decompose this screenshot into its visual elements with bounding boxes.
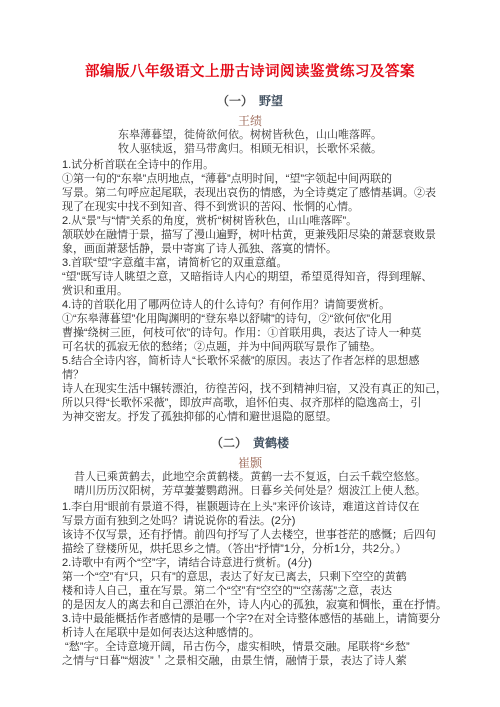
poem-text: 东皋薄暮望，徙倚欲何依。树树皆秋色，山山唯落晖。牧人驱犊返，猎马带禽归。相顾无相… (0, 128, 500, 156)
text-line: 牧人驱犊返，猎马带禽归。相顾无相识，长歌怀采薇。 (0, 142, 500, 156)
text-line: 该诗不仅写景，还有抒情。前四句抒写了人去楼空，世事苍茫的感慨；后四句 (62, 528, 444, 542)
question-answer-block: 1.试分析首联在全诗中的作用。①第一句的“东皋”点明地点，“薄暮”点明时间，“望… (62, 158, 444, 424)
text-line: 昔人已乘黄鹤去，此地空余黄鹤楼。黄鹤一去不复返，白云千载空悠悠。 (0, 470, 500, 484)
text-line: “愁”字。全诗意境开阔，吊古伤今，虚实相映，情景交融。尾联将“乡愁” (62, 640, 444, 654)
poem-author: 王绩 (0, 114, 500, 128)
text-line: 象，画面萧瑟恬静，景中寄寓了诗人孤独、落寞的情怀。 (62, 242, 444, 256)
text-line: ①“东皋薄暮望”化用陶渊明的“登东皋以舒啸”的诗句，②“欲何依”化用 (62, 312, 444, 326)
text-line: 第一个“空”有“只，只有”的意思，表达了好友已离去，只剩下空空的黄鹤 (62, 570, 444, 584)
text-line: 楼和诗人自己，重在写景。第二个“空”有“空空的”“空荡荡”之意，表达 (62, 584, 444, 598)
section-heading: （一）野望 (0, 94, 500, 108)
text-line: 之情与“日暮”“烟波”＇之景相交融，由景生情，融情于景，表达了诗人萦 (62, 654, 444, 668)
text-line: 4.诗的首联化用了哪两位诗人的什么诗句？有何作用？请简要赏析。 (62, 298, 444, 312)
text-line: “望”既写诗人眺望之意，又暗指诗人内心的期望，希望觅得知音，得到理解、 (62, 270, 444, 284)
text-line: 东皋薄暮望，徙倚欲何依。树树皆秋色，山山唯落晖。 (0, 128, 500, 142)
text-line: 可名状的孤寂无依的愁绪；②点题，并为中间两联写景作了铺垫。 (62, 340, 444, 354)
text-line: 现了在现实中找不到知音、得不到赏识的苦闷、怅惘的心情。 (62, 200, 444, 214)
text-line: 5.结合全诗内容，简析诗人“长歌怀采薇”的原因。表达了作者怎样的思想感 (62, 354, 444, 368)
document-title: 部编版八年级语文上册古诗词阅读鉴赏练习及答案 (0, 62, 500, 82)
text-line: 1.试分析首联在全诗中的作用。 (62, 158, 444, 172)
document-page: 部编版八年级语文上册古诗词阅读鉴赏练习及答案 （一）野望 王绩 东皋薄暮望，徙倚… (0, 0, 500, 707)
text-line: 2.从“景”与“情”关系的角度，赏析“树树皆秋色，山山唯落晖”。 (62, 214, 444, 228)
text-line: 所以只得“长歌怀采薇”，即放声高歌，追怀伯夷、叔齐那样的隐逸高士，引 (62, 396, 444, 410)
text-line: 3.诗中最能概括作者感情的是哪一个字?在对全诗整体感悟的基础上，请简要分 (62, 612, 444, 626)
text-line: 写景。第二句呼应起尾联，表现出哀伤的情感，为全诗奠定了感情基调。②表 (62, 186, 444, 200)
question-answer-block: 1.李白用“眼前有景道不得，崔颢题诗在上头”来评价该诗，难道这首诗仅在写景方面有… (62, 500, 444, 668)
text-line: 描绘了登楼所见，烘托思乡之情。（答出“抒情”1分，分析1分，共2分。） (62, 542, 444, 556)
poem-text: 昔人已乘黄鹤去，此地空余黄鹤楼。黄鹤一去不复返，白云千载空悠悠。晴川历历汉阳树，… (0, 470, 500, 498)
text-line: 为神交密友。抒发了孤独抑郁的心情和避世退隐的愿望。 (62, 410, 444, 424)
text-line: 晴川历历汉阳树，芳草萋萋鹦鹉洲。日暮乡关何处是？烟波江上使人愁。 (0, 484, 500, 498)
text-line: 曹操“绕树三匝，何枝可依”的诗句。作用：①首联用典，表达了诗人一种莫 (62, 326, 444, 340)
poem-title: 野望 (259, 94, 283, 108)
text-line: 赏识和重用。 (62, 284, 444, 298)
section-huanghelou: （二）黄鹤楼 崔颢 昔人已乘黄鹤去，此地空余黄鹤楼。黄鹤一去不复返，白云千载空悠… (0, 436, 500, 668)
text-line: 写景方面有独到之处吗？请说说你的看法。(2分) (62, 514, 444, 528)
section-number: （一） (217, 94, 253, 108)
text-line: 2.诗歌中有两个“空”字，请结合诗意进行赏析。(4分) (62, 556, 444, 570)
text-line: 的是因友人的离去和自己漂泊在外，诗人内心的孤独，寂寞和惆怅，重在抒情。 (62, 598, 444, 612)
section-yewang: （一）野望 王绩 东皋薄暮望，徙倚欲何依。树树皆秋色，山山唯落晖。牧人驱犊返，猎… (0, 94, 500, 424)
text-line: 析诗人在尾联中是如何表达这种感情的。 (62, 626, 444, 640)
text-line: 3.首联“望”字意蕴丰富，请简析它的双重意蕴。 (62, 256, 444, 270)
text-line: 颔联妙在融情于景，描写了漫山遍野，树叶枯黄，更兼残阳尽染的萧瑟衰败景 (62, 228, 444, 242)
poem-title: 黄鹤楼 (253, 436, 289, 450)
text-line: 情？ (62, 368, 444, 382)
text-line: ①第一句的“东皋”点明地点，“薄暮”点明时间，“望”字领起中间两联的 (62, 172, 444, 186)
section-heading: （二）黄鹤楼 (0, 436, 500, 450)
poem-author: 崔颢 (0, 456, 500, 470)
text-line: 1.李白用“眼前有景道不得，崔颢题诗在上头”来评价该诗，难道这首诗仅在 (62, 500, 444, 514)
text-line: 诗人在现实生活中辗转漂泊，彷徨苦闷，找不到精神归宿，又没有真正的知己， (62, 382, 444, 396)
section-number: （二） (211, 436, 247, 450)
